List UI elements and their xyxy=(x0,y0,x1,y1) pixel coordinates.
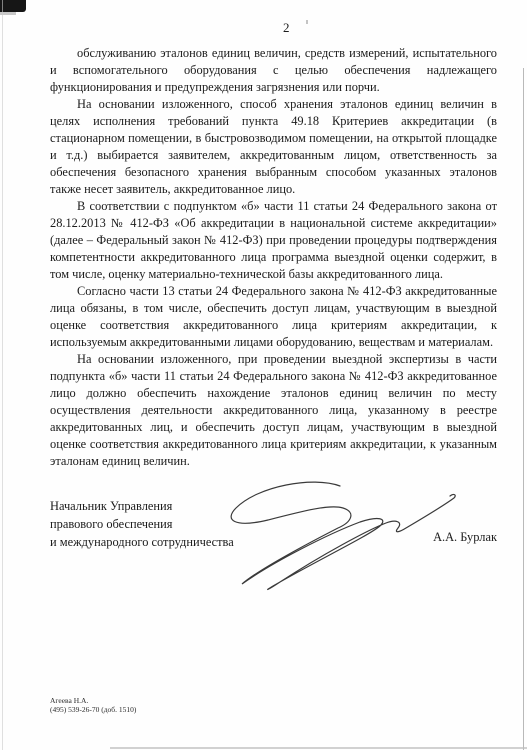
scan-edge-line-left xyxy=(2,0,3,750)
paragraph: На основании изложенного, способ хранени… xyxy=(50,96,497,198)
page-number: 2 xyxy=(283,20,290,36)
signatory-position-line: Начальник Управления xyxy=(50,497,234,515)
scanned-document-page: 2 обслуживанию эталонов единиц величин, … xyxy=(0,0,527,750)
signatory-position-line: правового обеспечения xyxy=(50,515,234,533)
signatory-position-line: и международного сотрудничества xyxy=(50,533,234,551)
paragraph: На основании изложенного, при проведении… xyxy=(50,351,497,470)
signatory-name: А.А. Бурлак xyxy=(433,530,497,545)
scan-speck xyxy=(306,20,308,24)
executor-name: Агеева Н.А. xyxy=(50,696,136,705)
scan-edge-line-right xyxy=(523,68,524,750)
document-body: обслуживанию эталонов единиц величин, ср… xyxy=(50,45,497,470)
executor-info: Агеева Н.А. (495) 539-26-70 (доб. 1510) xyxy=(50,696,136,714)
paragraph: В соответствии с подпунктом «б» части 11… xyxy=(50,198,497,283)
scan-corner-artifact xyxy=(0,0,26,12)
signature-scribble xyxy=(218,478,458,593)
paragraph: обслуживанию эталонов единиц величин, ср… xyxy=(50,45,497,96)
scan-edge-line-bottom xyxy=(110,747,527,749)
paragraph: Согласно части 13 статьи 24 Федерального… xyxy=(50,283,497,351)
executor-phone: (495) 539-26-70 (доб. 1510) xyxy=(50,705,136,714)
signatory-position: Начальник Управления правового обеспечен… xyxy=(50,497,234,551)
